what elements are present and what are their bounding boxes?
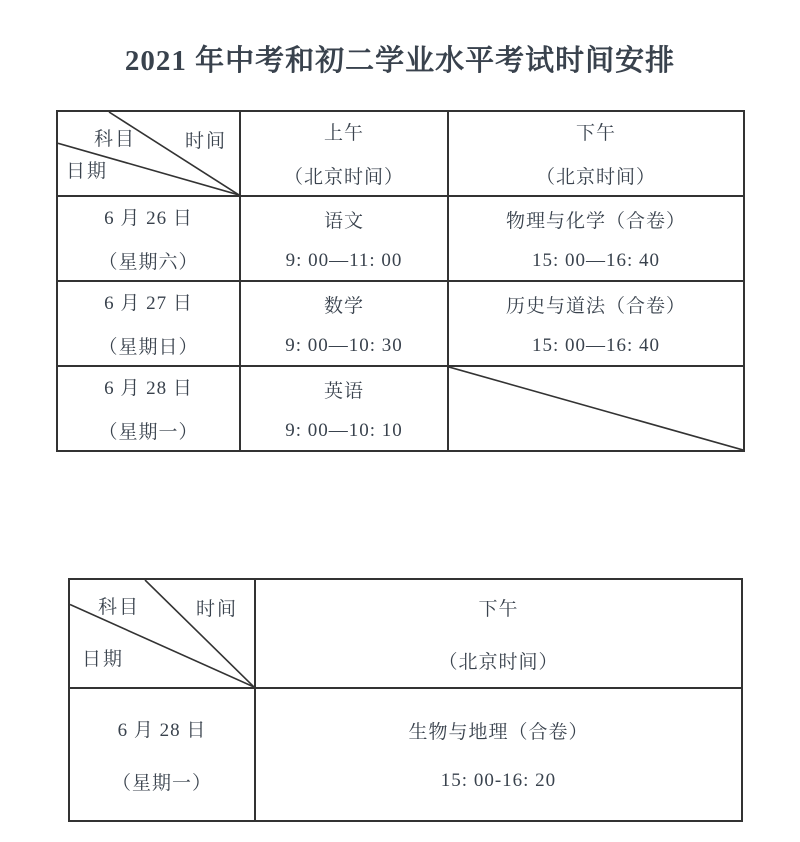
subject-text: 生物与地理（合卷） <box>408 717 588 744</box>
subject-text: 语文 <box>324 206 364 233</box>
empty-cell-diagonal-line <box>449 367 743 450</box>
corner-label-time: 时间 <box>196 594 238 621</box>
cell-date: 6 月 28 日 （星期一） <box>57 366 240 451</box>
cell-afternoon-exam: 物理与化学（合卷） 15: 00—16: 40 <box>448 196 744 281</box>
header-morning-timezone: （北京时间） <box>284 162 404 189</box>
subject-text: 数学 <box>324 291 364 318</box>
corner-label-time: 时间 <box>185 126 227 153</box>
subject-text: 英语 <box>324 376 364 403</box>
document-page: 2021 年中考和初二学业水平考试时间安排 科目 时间 日期 上午 （北京时间） <box>0 0 800 842</box>
header-afternoon-label: 下午 <box>478 594 518 621</box>
table-row: 6 月 27 日 （星期日） 数学 9: 00—10: 30 历史与道法（合卷）… <box>57 281 744 366</box>
time-text: 15: 00-16: 20 <box>441 770 556 792</box>
cell-afternoon-exam: 历史与道法（合卷） 15: 00—16: 40 <box>448 281 744 366</box>
header-morning-label: 上午 <box>324 118 364 145</box>
subject-text: 物理与化学（合卷） <box>506 206 686 233</box>
weekday-text: （星期日） <box>98 332 198 359</box>
subject-text: 历史与道法（合卷） <box>506 291 686 318</box>
header-afternoon-timezone: （北京时间） <box>438 647 558 674</box>
weekday-text: （星期一） <box>98 417 198 444</box>
cell-date: 6 月 27 日 （星期日） <box>57 281 240 366</box>
corner-label-subject: 科目 <box>98 592 140 619</box>
weekday-text: （星期六） <box>98 247 198 274</box>
time-text: 9: 00—10: 10 <box>285 420 403 442</box>
header-afternoon: 下午 （北京时间） <box>255 579 742 688</box>
time-text: 9: 00—10: 30 <box>285 335 403 357</box>
header-afternoon: 下午 （北京时间） <box>448 111 744 196</box>
time-text: 15: 00—16: 40 <box>532 250 660 272</box>
exam-table-biology-geography: 科目 时间 日期 下午 （北京时间） 6 月 28 日 （星期一） 生物 <box>68 578 743 822</box>
exam-table-main: 科目 时间 日期 上午 （北京时间） 下午 （北京时间） 6 月 26 <box>56 110 745 452</box>
table-row: 6 月 28 日 （星期一） 生物与地理（合卷） 15: 00-16: 20 <box>69 688 742 821</box>
date-text: 6 月 28 日 <box>118 715 207 742</box>
corner-header-cell: 科目 时间 日期 <box>69 579 255 688</box>
corner-label-subject: 科目 <box>94 124 136 151</box>
weekday-text: （星期一） <box>112 768 212 795</box>
table-row: 6 月 26 日 （星期六） 语文 9: 00—11: 00 物理与化学（合卷）… <box>57 196 744 281</box>
cell-morning-exam: 数学 9: 00—10: 30 <box>240 281 448 366</box>
header-afternoon-label: 下午 <box>576 118 616 145</box>
cell-afternoon-exam: 生物与地理（合卷） 15: 00-16: 20 <box>255 688 742 821</box>
header-afternoon-timezone: （北京时间） <box>536 162 656 189</box>
time-text: 15: 00—16: 40 <box>532 335 660 357</box>
cell-date: 6 月 26 日 （星期六） <box>57 196 240 281</box>
time-text: 9: 00—11: 00 <box>286 250 403 272</box>
header-morning: 上午 （北京时间） <box>240 111 448 196</box>
date-text: 6 月 26 日 <box>104 203 193 230</box>
page-title: 2021 年中考和初二学业水平考试时间安排 <box>0 38 800 79</box>
date-text: 6 月 28 日 <box>104 373 193 400</box>
cell-empty-diagonal <box>448 366 744 451</box>
table-row: 6 月 28 日 （星期一） 英语 9: 00—10: 10 <box>57 366 744 451</box>
cell-morning-exam: 语文 9: 00—11: 00 <box>240 196 448 281</box>
date-text: 6 月 27 日 <box>104 288 193 315</box>
corner-header-cell: 科目 时间 日期 <box>57 111 240 196</box>
cell-date: 6 月 28 日 （星期一） <box>69 688 255 821</box>
corner-label-date: 日期 <box>66 156 108 183</box>
corner-label-date: 日期 <box>82 644 124 671</box>
cell-morning-exam: 英语 9: 00—10: 10 <box>240 366 448 451</box>
